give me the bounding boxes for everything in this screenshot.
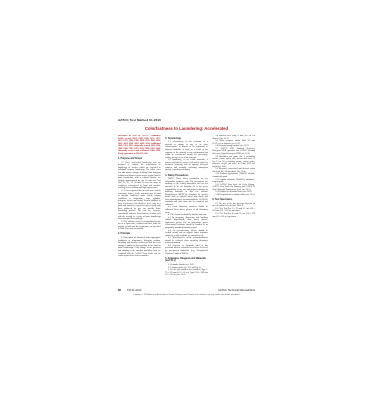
paragraph: 5.8 Multifiber test fabric No. 1 contain… <box>212 156 255 169</box>
paragraph: 6.1.2 For Test Nos. 4A and 5A, use a 50 … <box>212 213 255 218</box>
section-heading: 2. Principle <box>118 233 161 236</box>
footer-copyright: Copyright © 2010 American Association of… <box>118 294 255 296</box>
page-title: Colorfastness to Laundering: Accelerated <box>118 126 255 131</box>
page-canvas: { "colors": { "accent_red": "#b2242a", "… <box>0 0 368 420</box>
paragraph: 1.3 The abrasive action is accomplished … <box>118 221 161 231</box>
text-column-3: 5.4 Stainless steel balls, 6 mm (0.25 in… <box>212 135 255 286</box>
page-footer: 86 TM 61-2010 AATCC Technical Manual/201… <box>118 289 255 292</box>
paragraph: 4.5 Manufacturer's safety recommendation… <box>165 237 208 245</box>
section-heading: 6. Test Specimens <box>212 199 255 202</box>
section-heading: 5. Apparatus, Reagents and Materials (se… <box>165 258 208 263</box>
paragraph: 1.2 It is recognized that in retail stor… <box>118 190 161 221</box>
paragraph: 4.6 Exposure to chemicals used in this p… <box>165 245 208 255</box>
footer-manual-title: AATCC Technical Manual/2011 <box>218 289 255 292</box>
text-columns: Developed in 1950 by AATCC Committee RA6… <box>118 135 255 286</box>
paragraph: 5.3 Lever lock stainless steel canisters… <box>165 269 208 277</box>
text-column-1: Developed in 1950 by AATCC Committee RA6… <box>118 135 161 286</box>
paragraph: 4.3 In preparing, dispensing and handlin… <box>165 217 208 230</box>
footer-method-code: TM 61-2010 <box>127 289 142 292</box>
paragraph: 5.7 AATCC 1993 Standard Reference Deterg… <box>212 148 255 156</box>
footer-left: 86 TM 61-2010 <box>118 289 142 292</box>
text-column-2: 3. Terminology3.1 colorfastness, n.—the … <box>165 135 208 286</box>
paragraph: 3.2 laundering, n.—of textile materials,… <box>165 159 208 172</box>
footer-page-number: 86 <box>118 289 121 292</box>
document-page: AATCC Test Method 61-2010 Colorfastness … <box>118 118 255 296</box>
paragraph: 1.1 These accelerated laundering tests a… <box>118 162 161 190</box>
page-header: AATCC Test Method 61-2010 <box>118 118 255 122</box>
section-heading: 4. Safety Precautions <box>165 175 208 178</box>
paragraph: 4.1 Good laboratory practices should be … <box>165 206 208 214</box>
history-note: Developed in 1950 by AATCC Committee RA6… <box>118 135 161 156</box>
paragraph: 5.14 Perspirometer or sample holder (see… <box>212 194 255 197</box>
paragraph: 3.1 colorfastness, n.—the resistance of … <box>165 141 208 159</box>
paragraph: 2.1 Specimens are laundered under approp… <box>118 237 161 258</box>
section-heading: 1. Purpose and Scope <box>118 158 161 161</box>
paragraph: NOTE: These safety precautions are for i… <box>165 178 208 206</box>
section-heading: 3. Terminology <box>165 138 208 141</box>
